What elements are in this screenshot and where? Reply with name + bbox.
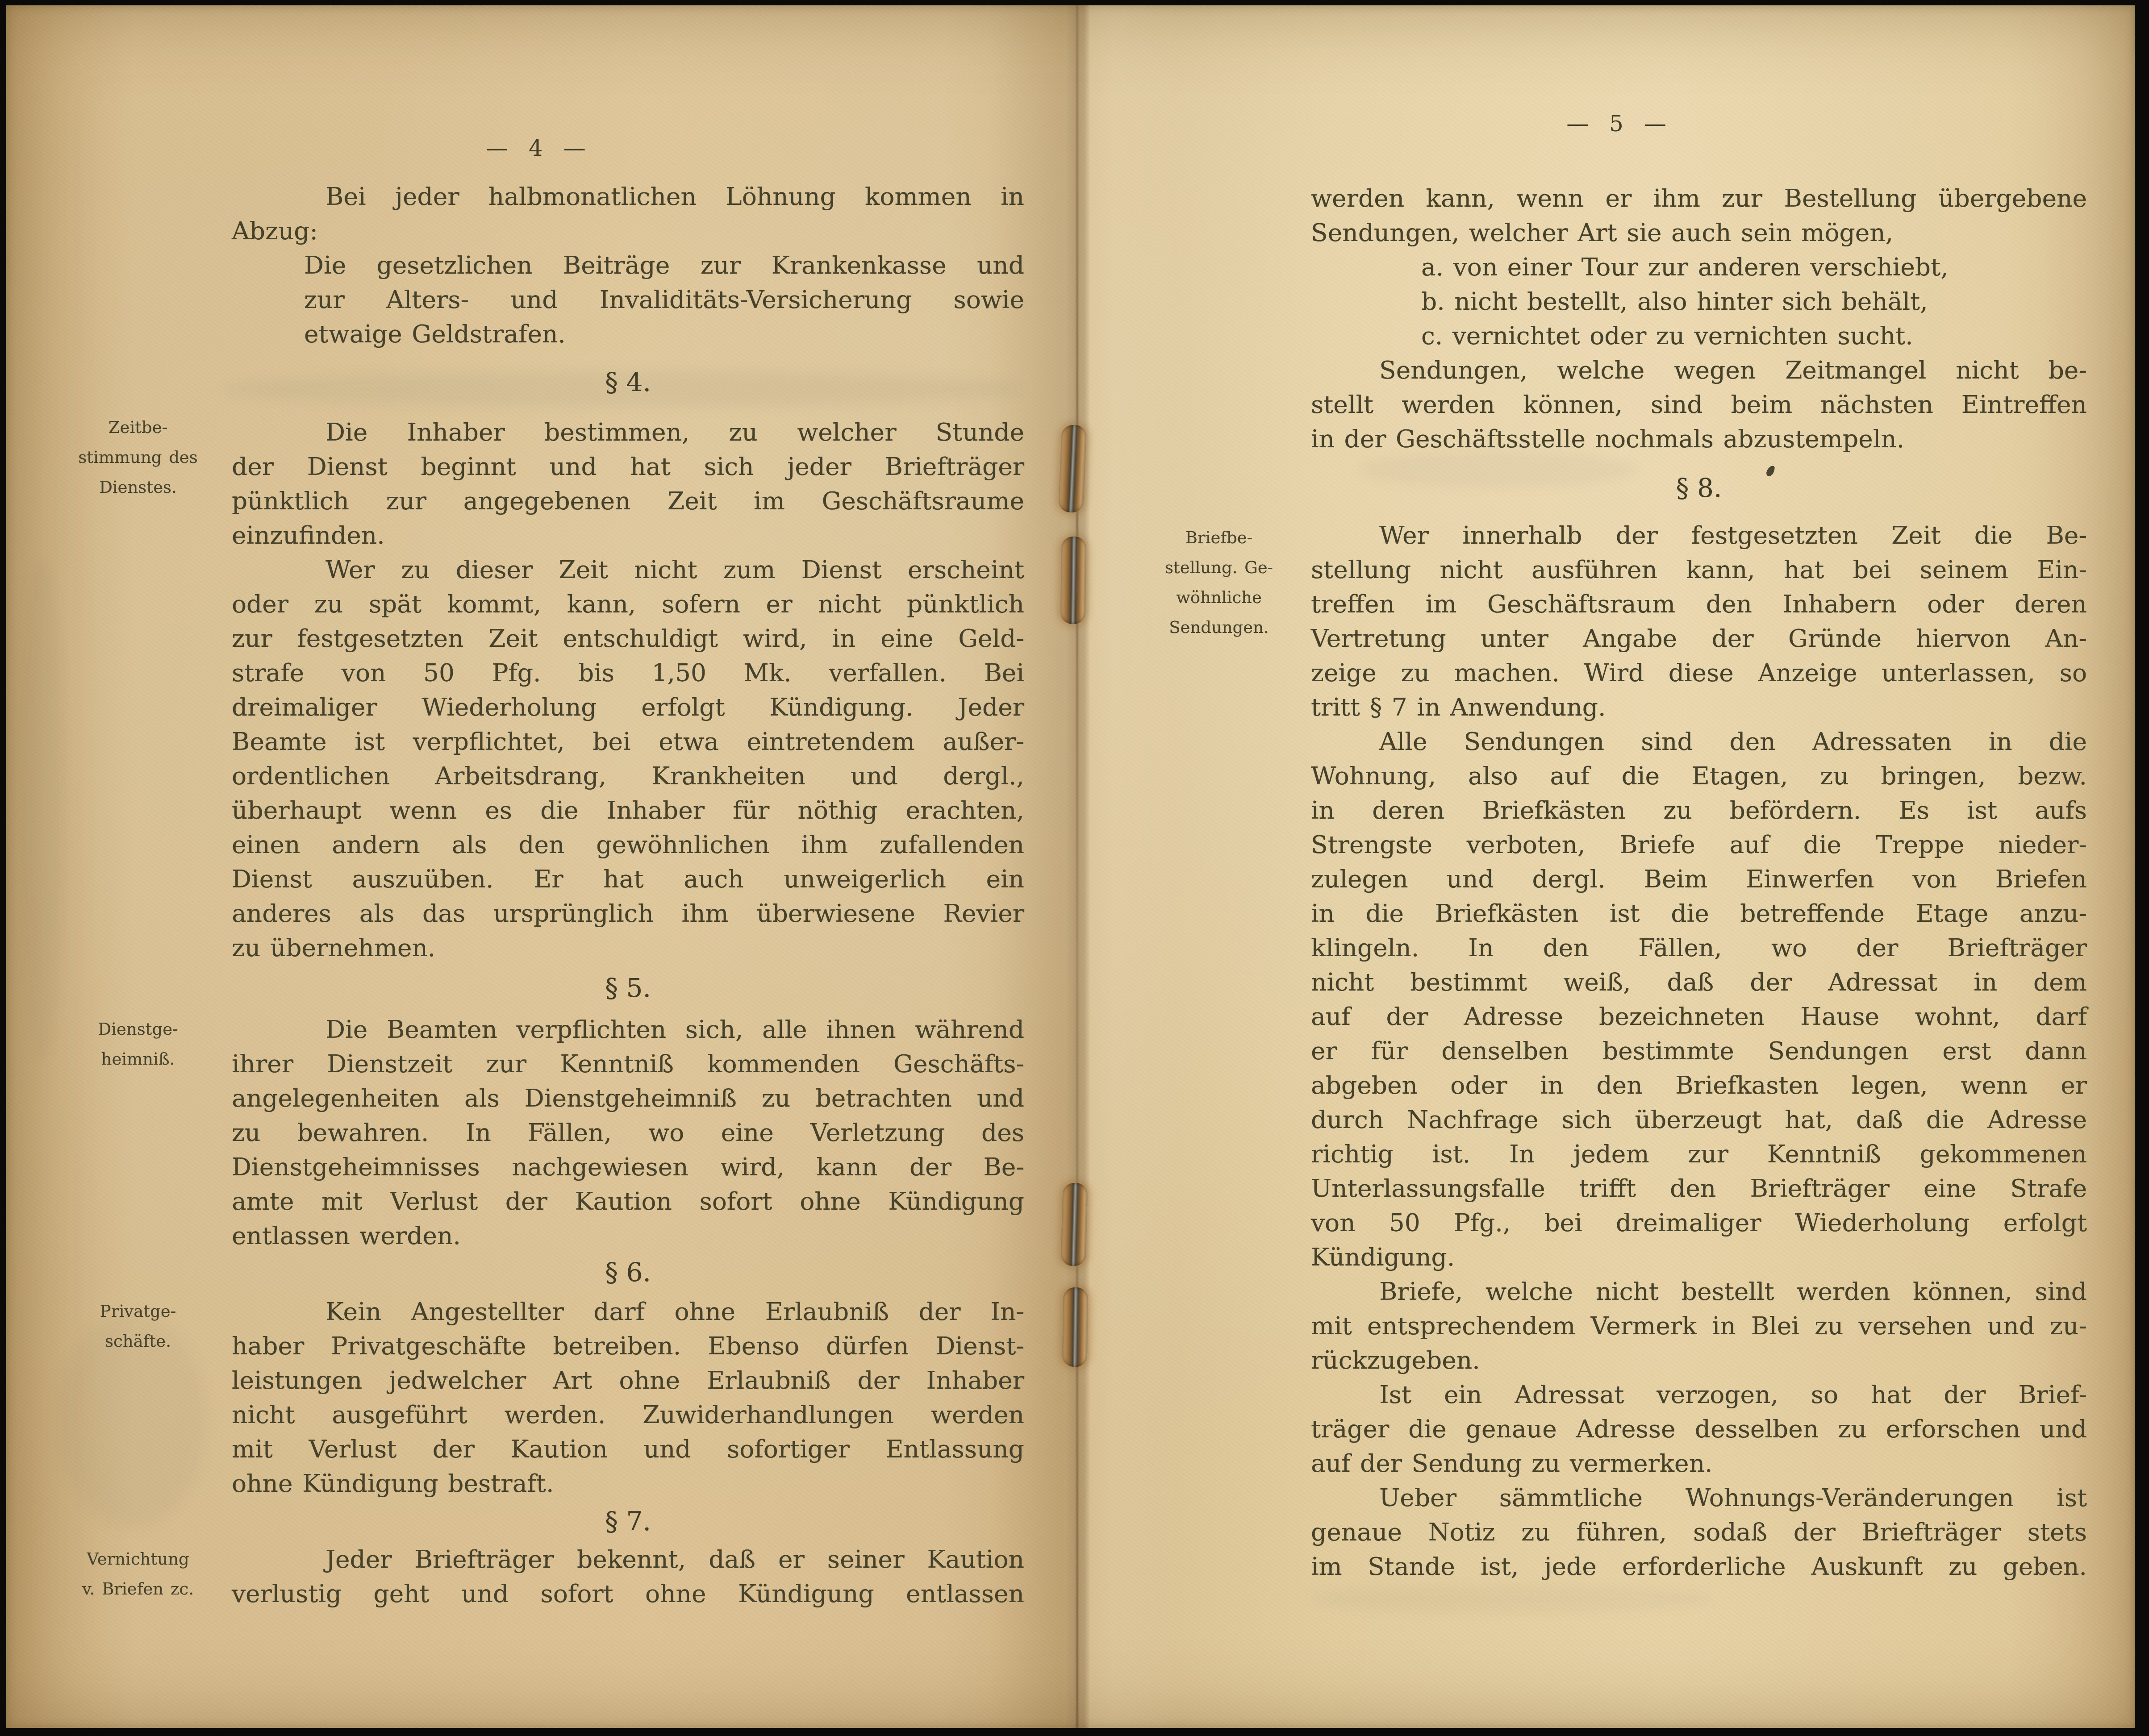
- text-line: etwaige Geldstrafen.: [304, 317, 1024, 351]
- text-line: durch Nachfrage sich überzeugt hat, daß …: [1311, 1103, 2087, 1137]
- text-line: Sendungen, welche wegen Zeitmangel nicht…: [1311, 353, 2087, 387]
- text-line: amte mit Verlust der Kaution sofort ohne…: [232, 1184, 1024, 1219]
- text-line: klingeln. In den Fällen, wo der Briefträ…: [1311, 931, 2087, 965]
- text-line: Dienstgeheimnisses nachgewiesen wird, ka…: [232, 1150, 1024, 1184]
- text-line: Bei jeder halbmonatlichen Löhnung kommen…: [232, 179, 1024, 214]
- paragraph: Die gesetzlichen Beiträge zur Krankenkas…: [304, 248, 1024, 351]
- text-line: nicht bestimmt weiß, daß der Adressat in…: [1311, 965, 2087, 999]
- text-line: Die Beamten verpflichten sich, alle ihne…: [232, 1012, 1024, 1047]
- text-line: Abzug:: [232, 214, 1024, 248]
- page-number-left: — 4 —: [402, 135, 670, 162]
- paragraph: Alle Sendungen sind den Adressaten in di…: [1311, 724, 2087, 1274]
- text-line: Alle Sendungen sind den Adressaten in di…: [1311, 724, 2087, 759]
- text-line: leistungen jedwelcher Art ohne Erlaubniß…: [232, 1363, 1024, 1398]
- text-line: werden kann, wenn er ihm zur Bestellung …: [1311, 181, 2087, 216]
- text-line: im Stande ist, jede erforderliche Auskun…: [1311, 1549, 2087, 1584]
- text-line: Die Inhaber bestimmen, zu welcher Stunde: [232, 415, 1024, 450]
- text-line: Vernichtung: [67, 1544, 209, 1574]
- text-line: Strengste verboten, Briefe auf die Trepp…: [1311, 828, 2087, 862]
- text-line: in deren Briefkästen zu befördern. Es is…: [1311, 793, 2087, 828]
- paper-stain: [20, 559, 64, 1059]
- paragraph: Sendungen, welche wegen Zeitmangel nicht…: [1311, 353, 2087, 456]
- text-line: zu bewahren. In Fällen, wo eine Verletzu…: [232, 1116, 1024, 1150]
- text-line: heimniß.: [67, 1044, 209, 1074]
- text-line: zeige zu machen. Wird diese Anzeige unte…: [1311, 656, 2087, 690]
- text-line: mit Verlust der Kaution und sofortiger E…: [232, 1432, 1024, 1466]
- margin-note: Zeitbe-stimmung desDienstes.: [67, 412, 209, 502]
- text-line: rückzugeben.: [1311, 1343, 2087, 1378]
- paragraph: Briefe, welche nicht bestellt werden kön…: [1311, 1274, 2087, 1378]
- text-line: v. Briefen zc.: [67, 1574, 209, 1604]
- text-line: Briefe, welche nicht bestellt werden kön…: [1311, 1274, 2087, 1309]
- paragraph: Bei jeder halbmonatlichen Löhnung kommen…: [232, 179, 1024, 248]
- paragraph: Wer zu dieser Zeit nicht zum Dienst ersc…: [232, 553, 1024, 965]
- text-line: Wer zu dieser Zeit nicht zum Dienst ersc…: [232, 553, 1024, 587]
- text-line: auf der Sendung zu vermerken.: [1311, 1446, 2087, 1481]
- margin-note: Dienstge-heimniß.: [67, 1014, 209, 1074]
- text-line: Zeitbe-: [67, 412, 209, 442]
- text-line: der Dienst beginnt und hat sich jeder Br…: [232, 450, 1024, 484]
- text-line: Beamte ist verpflichtet, bei etwa eintre…: [232, 724, 1024, 759]
- text-line: richtig ist. In jedem zur Kenntniß gekom…: [1311, 1137, 2087, 1171]
- text-line: Vertretung unter Angabe der Gründe hierv…: [1311, 621, 2087, 656]
- section-heading: § 8.: [1311, 471, 2087, 505]
- text-line: verlustig geht und sofort ohne Kündigung…: [232, 1577, 1024, 1611]
- text-line: ihrer Dienstzeit zur Kenntniß kommenden …: [232, 1047, 1024, 1081]
- text-line: tritt § 7 in Anwendung.: [1311, 690, 2087, 724]
- text-line: stimmung des: [67, 442, 209, 472]
- text-line: mit entsprechendem Vermerk in Blei zu ve…: [1311, 1309, 2087, 1343]
- text-line: wöhnliche: [1149, 583, 1289, 612]
- text-line: Privatge-: [67, 1296, 209, 1326]
- paragraph: Wer innerhalb der festgesetzten Zeit die…: [1311, 518, 2087, 724]
- text-line: stellt werden können, sind beim nächsten…: [1311, 387, 2087, 422]
- binding-stitch: [1058, 425, 1087, 513]
- text-line: Sendungen.: [1149, 612, 1289, 642]
- text-line: Sendungen, welcher Art sie auch sein mög…: [1311, 216, 2087, 250]
- paragraph: Kein Angestellter darf ohne Erlaubniß de…: [232, 1295, 1024, 1501]
- text-line: pünktlich zur angegebenen Zeit im Geschä…: [232, 484, 1024, 518]
- text-line: Ueber sämmtliche Wohnungs-Veränderungen …: [1311, 1481, 2087, 1515]
- binding-stitch: [1060, 537, 1087, 624]
- text-line: entlassen werden.: [232, 1219, 1024, 1253]
- text-line: treffen im Geschäftsraum den Inhabern od…: [1311, 587, 2087, 621]
- text-line: Wer innerhalb der festgesetzten Zeit die…: [1311, 518, 2087, 553]
- text-line: stellung. Ge-: [1149, 553, 1289, 583]
- section-heading: § 5.: [232, 971, 1024, 1005]
- fold-crease: [1076, 5, 1078, 1728]
- paragraph: Die Beamten verpflichten sich, alle ihne…: [232, 1012, 1024, 1253]
- text-line: abgeben oder in den Briefkasten legen, w…: [1311, 1068, 2087, 1103]
- text-line: oder zu spät kommt, kann, sofern er nich…: [232, 587, 1024, 621]
- text-line: zur festgesetzten Zeit entschuldigt wird…: [232, 621, 1024, 656]
- text-line: Wohnung, also auf die Etagen, zu bringen…: [1311, 759, 2087, 793]
- paragraph: Jeder Briefträger bekennt, daß er seiner…: [232, 1542, 1024, 1611]
- text-line: dreimaliger Wiederholung erfolgt Kündigu…: [232, 690, 1024, 724]
- text-line: genaue Notiz zu führen, sodaß der Brieft…: [1311, 1515, 2087, 1549]
- paragraph: Ueber sämmtliche Wohnungs-Veränderungen …: [1311, 1481, 2087, 1584]
- text-line: Jeder Briefträger bekennt, daß er seiner…: [232, 1542, 1024, 1577]
- paper-sheet: — 4 — Zeitbe-stimmung desDienstes. Diens…: [6, 5, 2135, 1728]
- paragraph: Die Inhaber bestimmen, zu welcher Stunde…: [232, 415, 1024, 553]
- text-line: einzufinden.: [232, 518, 1024, 553]
- text-line: Dienstge-: [67, 1014, 209, 1044]
- text-line: Unterlassungsfalle trifft den Briefträge…: [1311, 1171, 2087, 1206]
- text-line: haber Privatgeschäfte betreiben. Ebenso …: [232, 1329, 1024, 1363]
- text-line: Dienst auszuüben. Er hat auch unweigerli…: [232, 862, 1024, 896]
- paragraph: werden kann, wenn er ihm zur Bestellung …: [1311, 181, 2087, 250]
- list-items: a. von einer Tour zur anderen verschiebt…: [1421, 250, 2087, 353]
- text-line: in die Briefkästen ist die betreffende E…: [1311, 896, 2087, 931]
- text-line: Ist ein Adressat verzogen, so hat der Br…: [1311, 1378, 2087, 1412]
- text-line: stellung nicht ausführen kann, hat bei s…: [1311, 553, 2087, 587]
- text-line: anderes als das ursprünglich ihm überwie…: [232, 896, 1024, 931]
- text-line: zu übernehmen.: [232, 931, 1024, 965]
- text-line: Kündigung.: [1311, 1240, 2087, 1274]
- margin-note: Privatge-schäfte.: [67, 1296, 209, 1356]
- section-heading: § 7.: [232, 1504, 1024, 1539]
- margin-note: Briefbe-stellung. Ge-wöhnlicheSendungen.: [1149, 523, 1289, 642]
- text-line: auf der Adresse bezeichneten Hause wohnt…: [1311, 999, 2087, 1034]
- text-line: schäfte.: [67, 1326, 209, 1356]
- paper-stain: [1310, 1586, 1712, 1612]
- paragraph: Ist ein Adressat verzogen, so hat der Br…: [1311, 1378, 2087, 1481]
- text-line: angelegenheiten als Dienstgeheimniß zu b…: [232, 1081, 1024, 1116]
- text-line: er für denselben bestimmte Sendungen ers…: [1311, 1034, 2087, 1068]
- text-line: zur Alters- und Invaliditäts-Versicherun…: [304, 283, 1024, 317]
- text-line: Kein Angestellter darf ohne Erlaubniß de…: [232, 1295, 1024, 1329]
- text-line: a. von einer Tour zur anderen verschiebt…: [1421, 250, 2087, 284]
- text-line: Dienstes.: [67, 472, 209, 502]
- text-line: von 50 Pfg., bei dreimaliger Wiederholun…: [1311, 1206, 2087, 1240]
- section-heading: § 4.: [232, 365, 1024, 400]
- binding-stitch: [1060, 1182, 1088, 1266]
- binding-stitch: [1062, 1287, 1088, 1367]
- text-line: Die gesetzlichen Beiträge zur Krankenkas…: [304, 248, 1024, 283]
- text-line: zulegen und dergl. Beim Einwerfen von Br…: [1311, 862, 2087, 896]
- scanned-booklet-spread: — 4 — Zeitbe-stimmung desDienstes. Diens…: [0, 0, 2149, 1736]
- section-heading: § 6.: [232, 1255, 1024, 1290]
- margin-note: Vernichtungv. Briefen zc.: [67, 1544, 209, 1604]
- text-line: b. nicht bestellt, also hinter sich behä…: [1421, 284, 2087, 319]
- page-number-right: — 5 —: [1482, 110, 1750, 137]
- text-line: c. vernichtet oder zu vernichten sucht.: [1421, 319, 2087, 353]
- text-line: ohne Kündigung bestraft.: [232, 1466, 1024, 1501]
- text-line: träger die genaue Adresse desselben zu e…: [1311, 1412, 2087, 1446]
- text-line: ordentlichen Arbeitsdrang, Krankheiten u…: [232, 759, 1024, 793]
- text-line: Briefbe-: [1149, 523, 1289, 553]
- text-line: nicht ausgeführt werden. Zuwiderhandlung…: [232, 1398, 1024, 1432]
- text-line: in der Geschäftsstelle nochmals abzustem…: [1311, 422, 2087, 456]
- text-line: strafe von 50 Pfg. bis 1,50 Mk. verfalle…: [232, 656, 1024, 690]
- text-line: einen andern als den gewöhnlichen ihm zu…: [232, 828, 1024, 862]
- text-line: überhaupt wenn es die Inhaber für nöthig…: [232, 793, 1024, 828]
